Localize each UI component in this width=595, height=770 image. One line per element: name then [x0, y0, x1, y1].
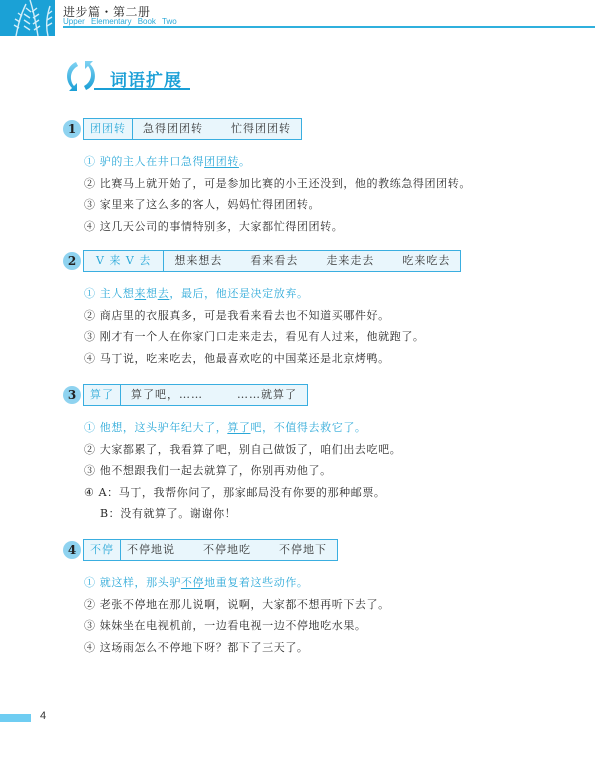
pattern-head: V 来 V 去 — [84, 251, 164, 271]
pattern-cell: 不停地吃 — [185, 540, 261, 560]
sentence-list: ① 就这样，那头驴不停地重复着这些动作。 ② 老张不停地在那儿说啊，说啊，大家都… — [84, 572, 390, 658]
pattern-head: 不停 — [84, 540, 121, 560]
example-sentence: ① 驴的主人在井口急得团团转。 — [84, 151, 471, 173]
underlined-phrase: 不停 — [181, 576, 204, 589]
pattern-cell: 看来看去 — [232, 251, 308, 271]
sentence: ④ 马丁说，吃来吃去，他最喜欢吃的中国菜还是北京烤鸭。 — [84, 348, 425, 370]
example-sentence: ① 就这样，那头驴不停地重复着这些动作。 — [84, 572, 390, 594]
underlined-phrase: 团团转 — [204, 155, 239, 168]
pattern-cell: 急得团团转 — [133, 119, 213, 139]
underlined-phrase: 来 — [135, 287, 147, 300]
group-number: 3 — [63, 386, 81, 404]
sentence: ④ A：马丁，我帮你问了，那家邮局没有你要的那种邮票。 — [84, 482, 401, 504]
sentence-list: ① 驴的主人在井口急得团团转。 ② 比赛马上就开始了，可是参加比赛的小王还没到，… — [84, 151, 471, 237]
sentence: ③ 他不想跟我们一起去就算了，你别再劝他了。 — [84, 460, 401, 482]
book-subtitle: Upper Elementary Book Two — [63, 17, 177, 26]
page-number: 4 — [40, 710, 46, 722]
underlined-phrase: 去 — [158, 287, 170, 300]
sentence-list: ① 主人想来想去，最后，他还是决定放弃。 ② 商店里的衣服真多，可是我看来看去也… — [84, 283, 425, 369]
pattern-table: 算了 算了吧，…… ……就算了 — [83, 384, 308, 406]
sentence: ② 老张不停地在那儿说啊，说啊，大家都不想再听下去了。 — [84, 594, 390, 616]
pattern-cell: 走来走去 — [308, 251, 384, 271]
pattern-cell: 不停地说 — [121, 540, 185, 560]
group-number: 1 — [63, 120, 81, 138]
sentence: ④ 这几天公司的事情特别多，大家都忙得团团转。 — [84, 216, 471, 238]
pattern-head: 团团转 — [84, 119, 133, 139]
pattern-head: 算了 — [84, 385, 121, 405]
sentence: ③ 妹妹坐在电视机前，一边看电视一边不停地吃水果。 — [84, 615, 390, 637]
wheat-logo — [0, 0, 55, 36]
example-sentence: ① 主人想来想去，最后，他还是决定放弃。 — [84, 283, 425, 305]
pattern-cell: 算了吧，…… — [121, 385, 213, 405]
group-number: 4 — [63, 541, 81, 559]
example-sentence: ① 他想，这头驴年纪大了，算了吧，不值得去救它了。 — [84, 417, 401, 439]
sentence: B：没有就算了。谢谢你！ — [84, 503, 401, 525]
pattern-cell: 想来想去 — [164, 251, 232, 271]
underlined-phrase: 算了 — [227, 421, 250, 434]
section-heading: 词语扩展 — [62, 58, 192, 94]
header-divider — [63, 26, 595, 28]
pattern-table: V 来 V 去 想来想去 看来看去 走来走去 吃来吃去 — [83, 250, 461, 272]
group-number: 2 — [63, 252, 81, 270]
footer-accent-bar — [0, 714, 31, 722]
pattern-table: 团团转 急得团团转 忙得团团转 — [83, 118, 302, 140]
wheat-icon — [0, 0, 55, 36]
pattern-cell: ……就算了 — [213, 385, 307, 405]
section-title-underline — [94, 88, 190, 90]
sentence-list: ① 他想，这头驴年纪大了，算了吧，不值得去救它了。 ② 大家都累了，我看算了吧，… — [84, 417, 401, 525]
pattern-cell: 不停地下 — [261, 540, 337, 560]
pattern-cell: 吃来吃去 — [384, 251, 460, 271]
pattern-table: 不停 不停地说 不停地吃 不停地下 — [83, 539, 338, 561]
sentence: ② 比赛马上就开始了，可是参加比赛的小王还没到，他的教练急得团团转。 — [84, 173, 471, 195]
sentence: ④ 这场雨怎么不停地下呀？都下了三天了。 — [84, 637, 390, 659]
sentence: ③ 刚才有一个人在你家门口走来走去，看见有人过来，他就跑了。 — [84, 326, 425, 348]
sentence: ② 商店里的衣服真多，可是我看来看去也不知道买哪件好。 — [84, 305, 425, 327]
pattern-cell: 忙得团团转 — [213, 119, 301, 139]
sentence: ③ 家里来了这么多的客人，妈妈忙得团团转。 — [84, 194, 471, 216]
sentence: ② 大家都累了，我看算了吧，别自己做饭了，咱们出去吃吧。 — [84, 439, 401, 461]
